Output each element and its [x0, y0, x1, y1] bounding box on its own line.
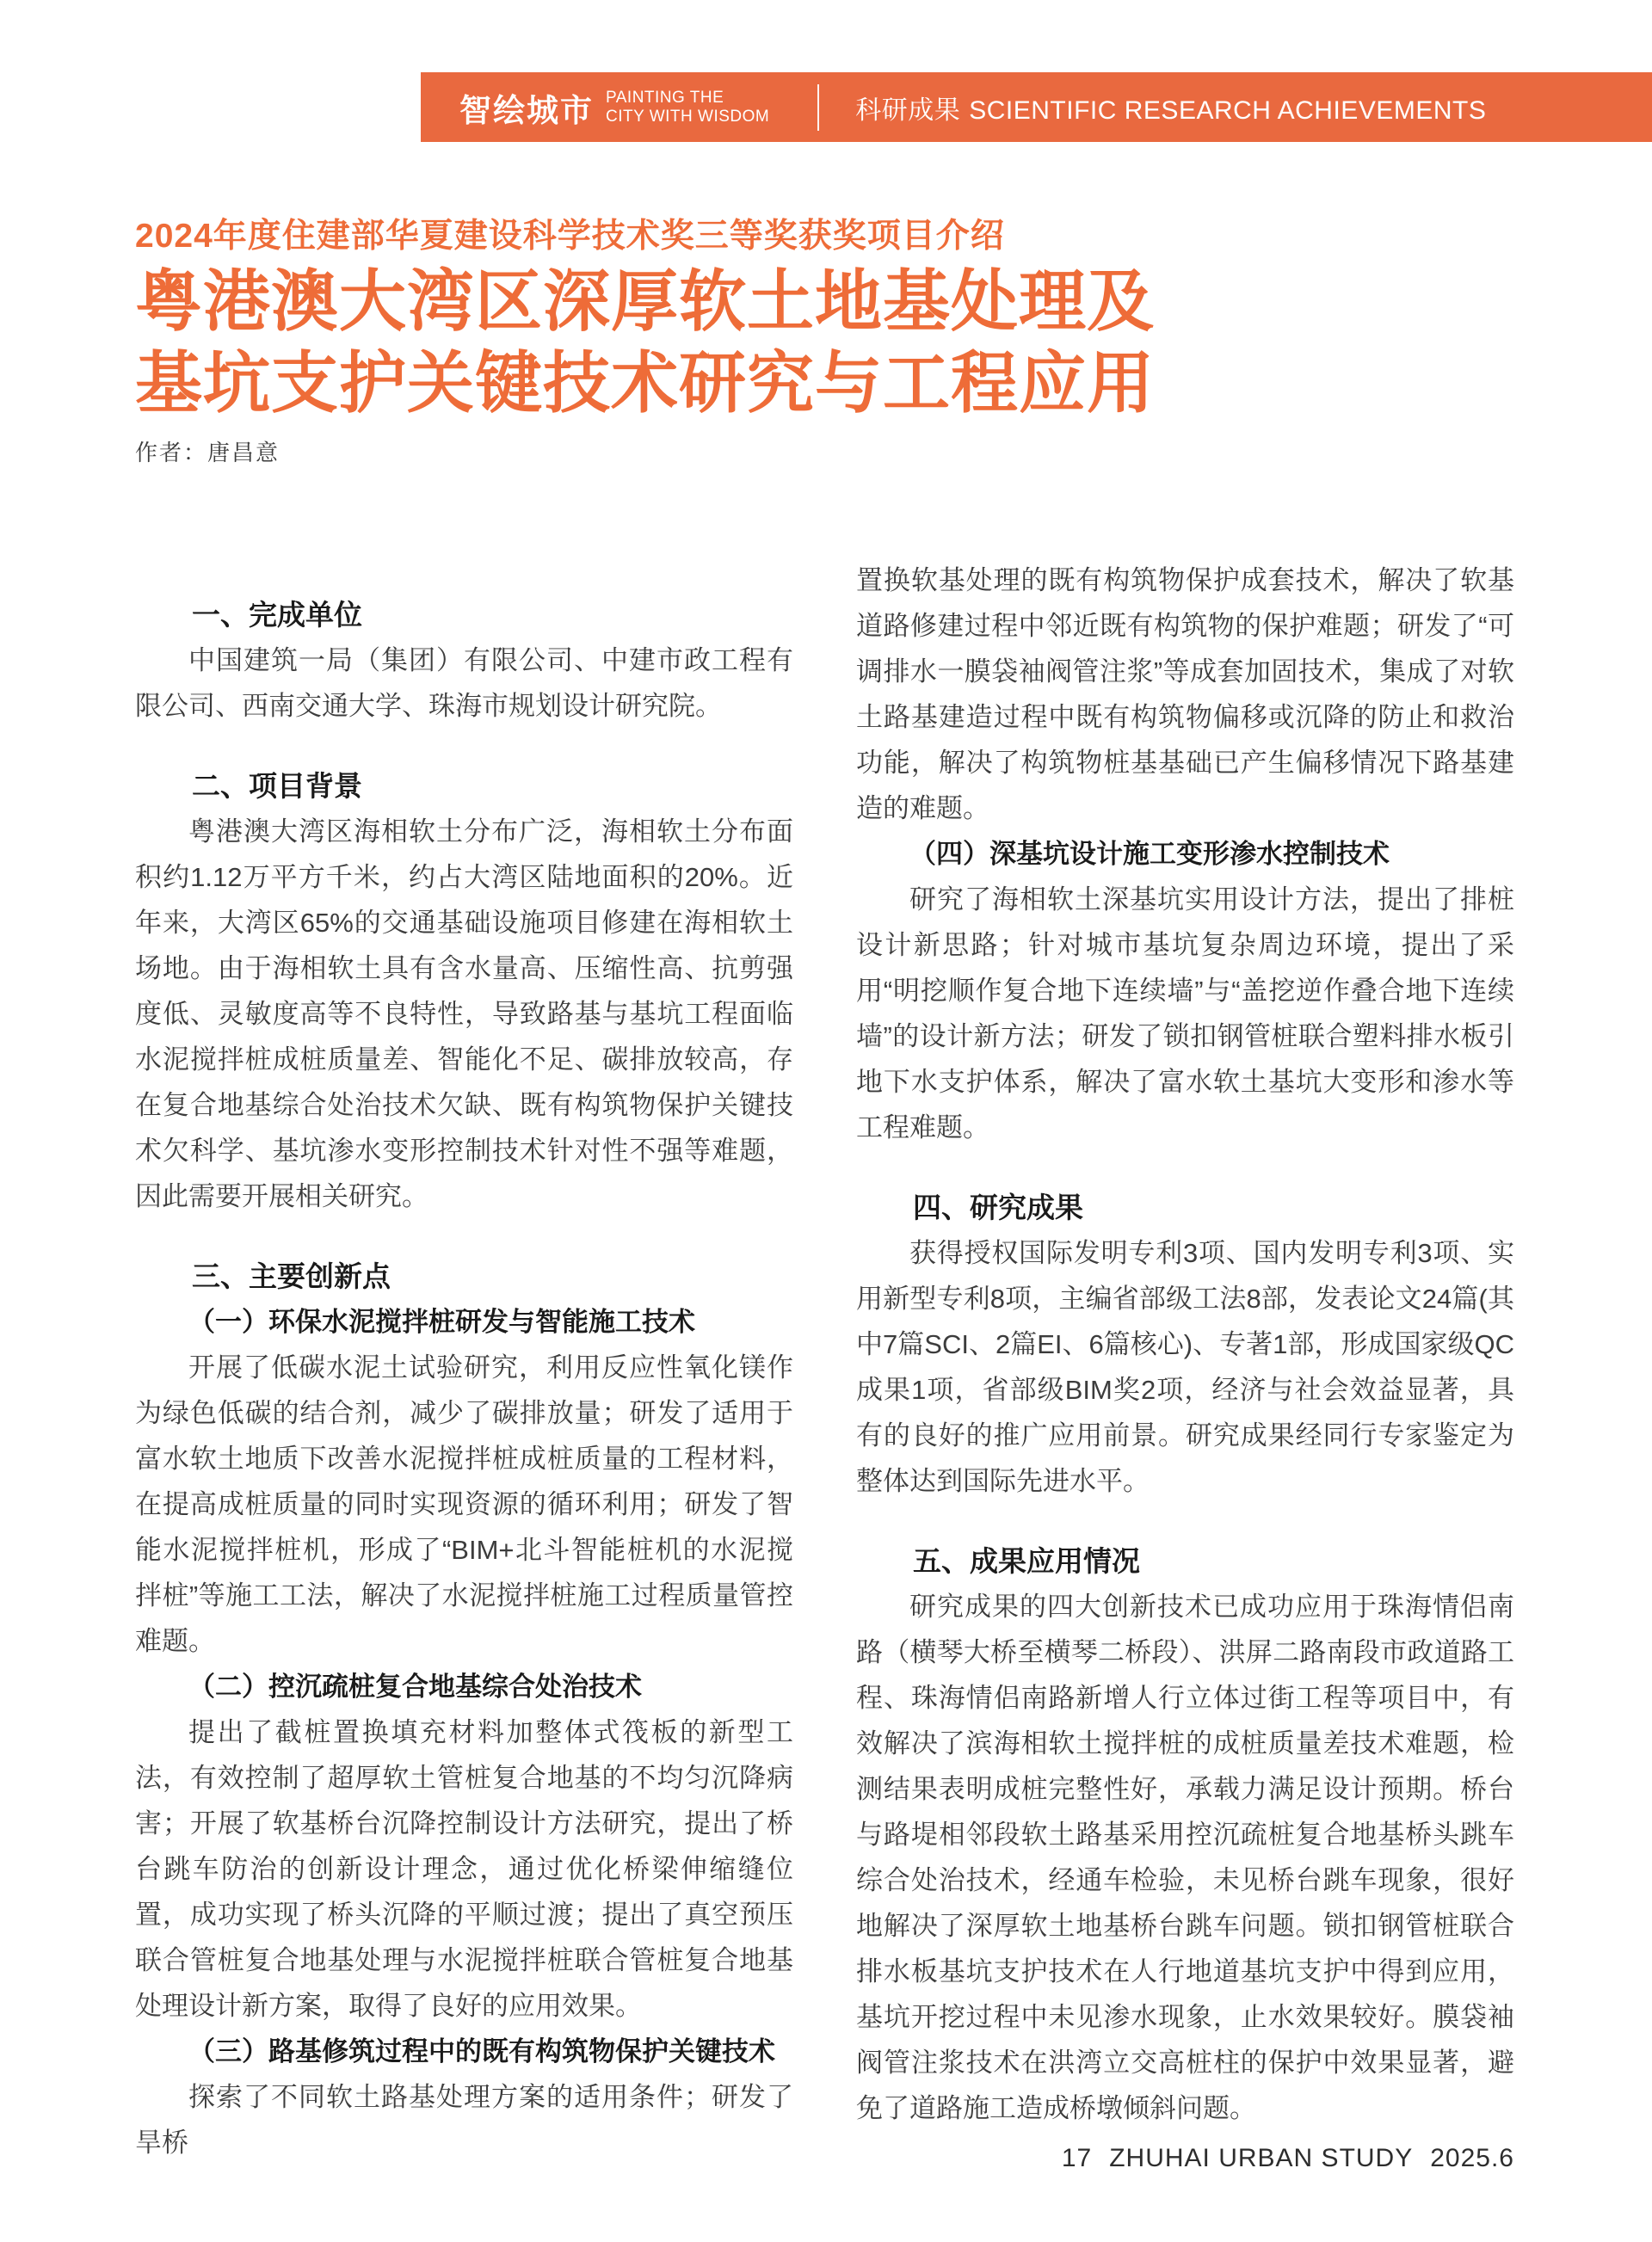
- body-paragraph: 粤港澳大湾区海相软土分布广泛，海相软土分布面积约1.12万平方千米，约占大湾区陆…: [135, 809, 793, 1219]
- sub-heading: （三）路基修筑过程中的既有构筑物保护关键技术: [135, 2029, 793, 2074]
- body-paragraph: 中国建筑一局（集团）有限公司、中建市政工程有限公司、西南交通大学、珠海市规划设计…: [135, 637, 793, 729]
- brand-tagline-en: PAINTING THE CITY WITH WISDOM: [606, 89, 769, 126]
- sub-heading: （一）环保水泥搅拌桩研发与智能施工技术: [135, 1299, 793, 1345]
- magazine-page: { "colors": { "accent_orange": "#E9693F"…: [0, 0, 1652, 2242]
- body-paragraph: 研究成果的四大创新技术已成功应用于珠海情侣南路（横琴大桥至横琴二桥段）、洪屏二路…: [856, 1584, 1514, 2131]
- sub-heading: （四）深基坑设计施工变形渗水控制技术: [856, 831, 1514, 877]
- journal-name: ZHUHAI URBAN STUDY: [1109, 2144, 1413, 2173]
- article-title-line2: 基坑支护关键技术研究与工程应用: [135, 342, 1340, 424]
- author-line: 作者：唐昌意: [135, 440, 1340, 465]
- brand-tagline-line1: PAINTING THE: [606, 89, 724, 107]
- sub-heading: （二）控沉疏桩复合地基综合处治技术: [135, 1664, 793, 1709]
- page-number: 17: [1062, 2144, 1092, 2173]
- left-column: 一、完成单位中国建筑一局（集团）有限公司、中建市政工程有限公司、西南交通大学、珠…: [135, 557, 793, 2165]
- body-paragraph: 获得授权国际发明专利3项、国内发明专利3项、实用新型专利8项，主编省部级工法8部…: [856, 1230, 1514, 1504]
- article-body: 一、完成单位中国建筑一局（集团）有限公司、中建市政工程有限公司、西南交通大学、珠…: [135, 557, 1514, 2165]
- section-label-cn: 科研成果: [855, 96, 960, 125]
- body-paragraph: 开展了低碳水泥土试验研究，利用反应性氧化镁作为绿色低碳的结合剂，减少了碳排放量；…: [135, 1345, 793, 1664]
- section-heading: 五、成果应用情况: [856, 1538, 1514, 1584]
- section-heading: 一、完成单位: [135, 592, 793, 637]
- body-paragraph: 探索了不同软土路基处理方案的适用条件；研发了旱桥: [135, 2074, 793, 2165]
- article-title-line1: 粤港澳大湾区深厚软土地基处理及: [135, 261, 1340, 342]
- body-paragraph: 置换软基处理的既有构筑物保护成套技术，解决了软基道路修建过程中邻近既有构筑物的保…: [856, 557, 1514, 831]
- section-heading: 四、研究成果: [856, 1185, 1514, 1230]
- issue-number: 2025.6: [1430, 2144, 1514, 2173]
- section-heading: 三、主要创新点: [135, 1253, 793, 1299]
- body-paragraph: 研究了海相软土深基坑实用设计方法，提出了排桩设计新思路；针对城市基坑复杂周边环境…: [856, 877, 1514, 1150]
- title-block: 2024年度住建部华夏建设科学技术奖三等奖获奖项目介绍 粤港澳大湾区深厚软土地基…: [135, 218, 1340, 465]
- header-banner: 智绘城市 PAINTING THE CITY WITH WISDOM 科研成果S…: [421, 72, 1652, 142]
- section-label-en: SCIENTIFIC RESEARCH ACHIEVEMENTS: [969, 96, 1486, 125]
- right-column: 置换软基处理的既有构筑物保护成套技术，解决了软基道路修建过程中邻近既有构筑物的保…: [856, 557, 1514, 2165]
- brand-logo-cn: 智绘城市: [459, 84, 594, 131]
- award-kicker: 2024年度住建部华夏建设科学技术奖三等奖获奖项目介绍: [135, 218, 1340, 256]
- brand-tagline-line2: CITY WITH WISDOM: [606, 108, 769, 126]
- page-footer: 17 ZHUHAI URBAN STUDY 2025.6: [1062, 2144, 1514, 2173]
- section-label: 科研成果SCIENTIFIC RESEARCH ACHIEVEMENTS: [855, 89, 1486, 126]
- section-heading: 二、项目背景: [135, 763, 793, 809]
- header-divider: [817, 84, 819, 131]
- body-paragraph: 提出了截桩置换填充材料加整体式筏板的新型工法，有效控制了超厚软土管桩复合地基的不…: [135, 1709, 793, 2029]
